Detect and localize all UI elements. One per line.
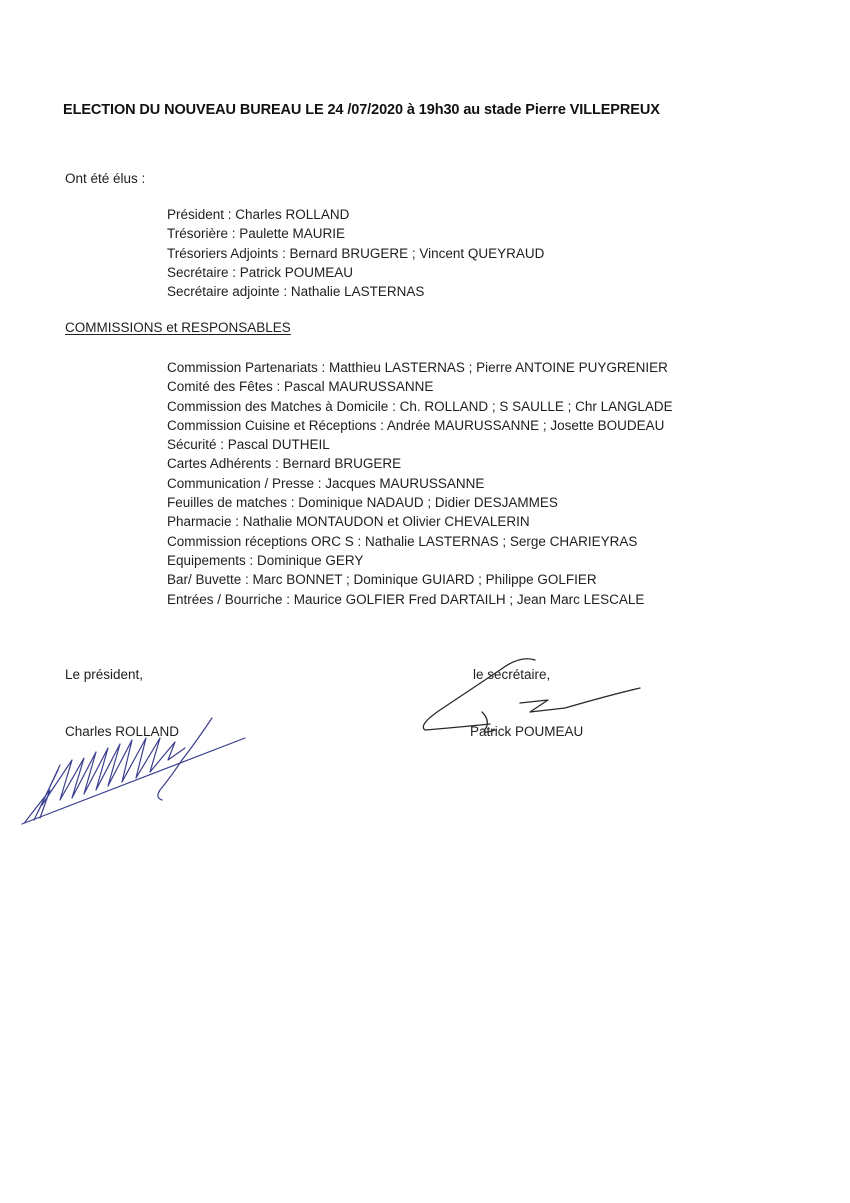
commission-item: Commission réceptions ORC S : Nathalie L… xyxy=(167,532,673,551)
officer-item: Trésoriers Adjoints : Bernard BRUGERE ; … xyxy=(167,244,544,263)
commission-item: Equipements : Dominique GERY xyxy=(167,551,673,570)
president-name: Charles ROLLAND xyxy=(65,724,179,739)
commission-item: Feuilles de matches : Dominique NADAUD ;… xyxy=(167,493,673,512)
secretary-role-label: le secrétaire, xyxy=(473,667,550,682)
commissions-heading: COMMISSIONS et RESPONSABLES xyxy=(65,320,291,335)
officer-item: Président : Charles ROLLAND xyxy=(167,205,544,224)
officers-list: Président : Charles ROLLAND Trésorière :… xyxy=(167,205,544,301)
commission-item: Commission des Matches à Domicile : Ch. … xyxy=(167,397,673,416)
commission-item: Communication / Presse : Jacques MAURUSS… xyxy=(167,474,673,493)
document-title: ELECTION DU NOUVEAU BUREAU LE 24 /07/202… xyxy=(63,102,660,118)
elected-label: Ont été élus : xyxy=(65,171,145,186)
commission-item: Entrées / Bourriche : Maurice GOLFIER Fr… xyxy=(167,590,673,609)
commissions-list: Commission Partenariats : Matthieu LASTE… xyxy=(167,358,673,609)
officer-item: Secrétaire adjointe : Nathalie LASTERNAS xyxy=(167,282,544,301)
commission-item: Bar/ Buvette : Marc BONNET ; Dominique G… xyxy=(167,570,673,589)
commission-item: Pharmacie : Nathalie MONTAUDON et Olivie… xyxy=(167,512,673,531)
commission-item: Cartes Adhérents : Bernard BRUGERE xyxy=(167,454,673,473)
officer-item: Secrétaire : Patrick POUMEAU xyxy=(167,263,544,282)
secretary-name: Patrick POUMEAU xyxy=(470,724,583,739)
commission-item: Commission Cuisine et Réceptions : André… xyxy=(167,416,673,435)
commission-item: Commission Partenariats : Matthieu LASTE… xyxy=(167,358,673,377)
commission-item: Sécurité : Pascal DUTHEIL xyxy=(167,435,673,454)
commission-item: Comité des Fêtes : Pascal MAURUSSANNE xyxy=(167,377,673,396)
officer-item: Trésorière : Paulette MAURIE xyxy=(167,224,544,243)
president-role-label: Le président, xyxy=(65,667,143,682)
document-page: ELECTION DU NOUVEAU BUREAU LE 24 /07/202… xyxy=(0,0,850,1203)
